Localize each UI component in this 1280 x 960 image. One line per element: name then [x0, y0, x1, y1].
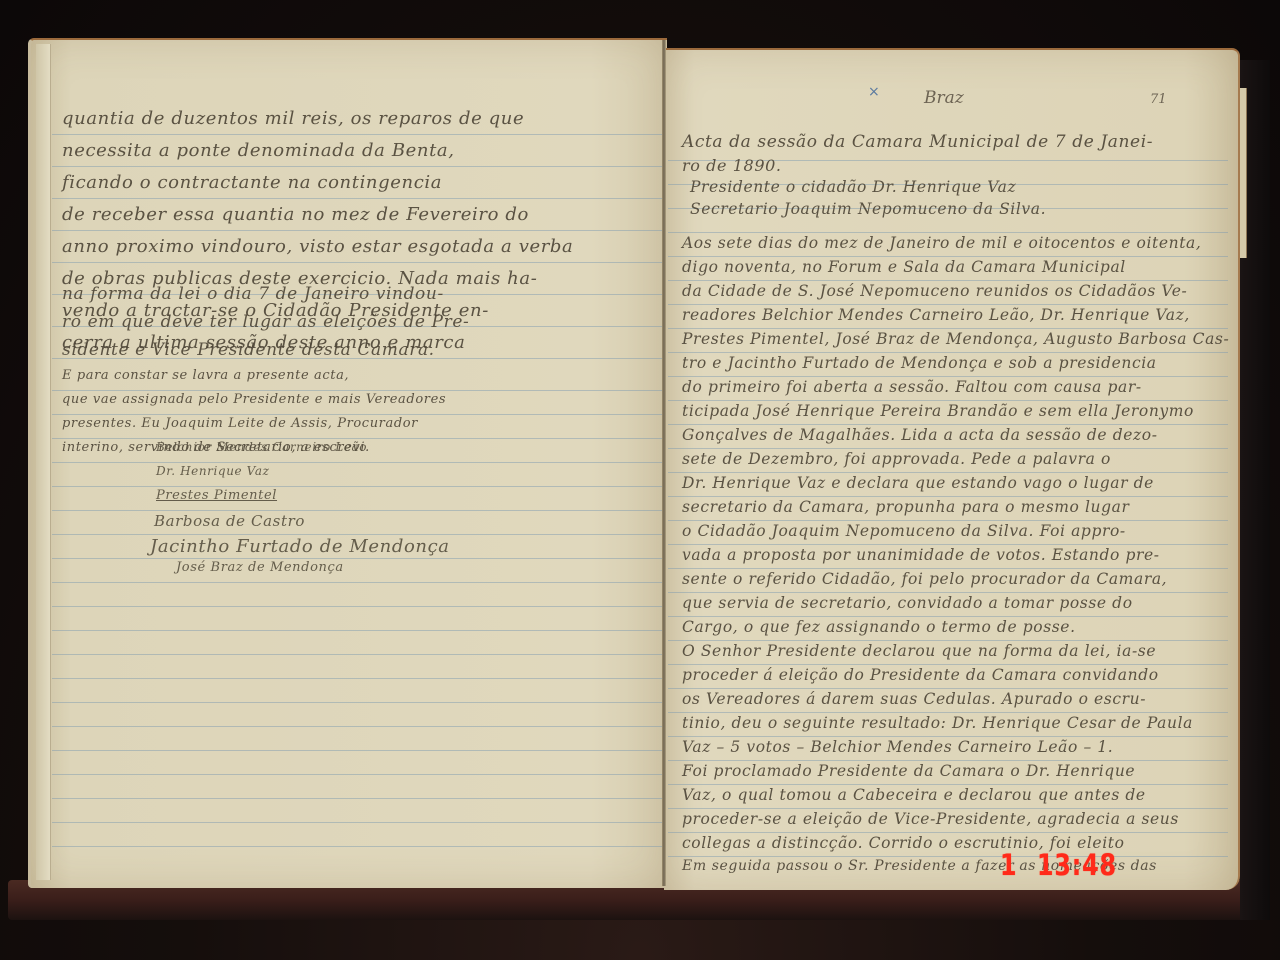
blue-x-mark: × — [868, 84, 880, 100]
minutes-title: ro de 1890. — [682, 156, 782, 175]
handwritten-line: sete de Dezembro, foi approvada. Pede a … — [682, 450, 1111, 468]
handwritten-line: o Cidadão Joaquim Nepomuceno da Silva. F… — [682, 522, 1126, 540]
handwritten-line: sidente e Vice Presidente desta Camara. — [62, 340, 435, 360]
handwritten-line: sente o referido Cidadão, foi pelo procu… — [682, 570, 1167, 588]
handwritten-line: ficando o contractante na contingencia — [62, 172, 442, 193]
handwritten-line: os Vereadores á darem suas Cedulas. Apur… — [682, 690, 1146, 708]
handwritten-line: do primeiro foi aberta a sessão. Faltou … — [682, 378, 1142, 396]
handwritten-line: tro e Jacintho Furtado de Mendonça e sob… — [682, 354, 1157, 372]
handwritten-line: tinio, deu o seguinte resultado: Dr. Hen… — [682, 714, 1193, 732]
stamp-time: 13:48 — [1037, 848, 1117, 882]
handwritten-line: de receber essa quantia no mez de Fevere… — [62, 204, 529, 225]
handwritten-line: Vaz – 5 votos – Belchior Mendes Carneiro… — [682, 738, 1113, 756]
signature: Barbosa de Castro — [154, 512, 305, 530]
handwritten-line: que vae assignada pelo Presidente e mais… — [62, 392, 446, 407]
handwritten-line: digo noventa, no Forum e Sala da Camara … — [682, 258, 1126, 276]
handwritten-line: Gonçalves de Magalhães. Lida a acta da s… — [682, 426, 1158, 444]
handwritten-line: E para constar se lavra a presente acta, — [62, 368, 349, 383]
handwritten-line: Cargo, o que fez assignando o termo de p… — [682, 618, 1076, 636]
minutes-title: Acta da sessão da Camara Municipal de 7 … — [682, 132, 1153, 152]
handwritten-line: readores Belchior Mendes Carneiro Leão, … — [682, 306, 1190, 324]
ledger-photo: quantia de duzentos mil reis, os reparos… — [0, 0, 1280, 960]
signature: Belchior Mendes Carneiro Leão — [156, 440, 367, 454]
handwritten-line: ro em que deve ter lugar as eleições de … — [62, 312, 469, 332]
handwritten-line: da Cidade de S. José Nepomuceno reunidos… — [682, 282, 1187, 300]
signature: Prestes Pimentel — [156, 488, 277, 503]
signature: Jacintho Furtado de Mendonça — [150, 536, 450, 557]
handwritten-line: proceder á eleição do Presidente da Cama… — [682, 666, 1159, 684]
stamp-day: 1 — [1000, 848, 1017, 882]
handwritten-line: secretario da Camara, propunha para o me… — [682, 498, 1130, 516]
camera-date-stamp: 113:48 — [1000, 848, 1117, 882]
page-header-label: Braz — [924, 88, 964, 108]
officer-line: Secretario Joaquim Nepomuceno da Silva. — [690, 200, 1046, 218]
handwritten-line: necessita a ponte denominada da Benta, — [62, 140, 455, 161]
handwritten-line: anno proximo vindouro, visto estar esgot… — [62, 236, 573, 257]
handwritten-line: Foi proclamado Presidente da Camara o Dr… — [682, 762, 1135, 780]
handwritten-line: vada a proposta por unanimidade de votos… — [682, 546, 1160, 564]
handwritten-line: ticipada José Henrique Pereira Brandão e… — [682, 402, 1194, 420]
signature: Dr. Henrique Vaz — [156, 464, 270, 478]
handwritten-line: Vaz, o qual tomou a Cabeceira e declarou… — [682, 786, 1146, 804]
handwritten-line: quantia de duzentos mil reis, os reparos… — [62, 108, 524, 129]
handwritten-line: Aos sete dias do mez de Janeiro de mil e… — [682, 234, 1201, 252]
folio-number: 71 — [1150, 92, 1167, 107]
signature: José Braz de Mendonça — [176, 560, 344, 575]
handwritten-line: na forma da lei o dia 7 de Janeiro vindo… — [62, 284, 444, 304]
handwritten-line: proceder-se a eleição de Vice-Presidente… — [682, 810, 1179, 828]
handwritten-line: presentes. Eu Joaquim Leite de Assis, Pr… — [62, 416, 418, 431]
handwritten-line: Prestes Pimentel, José Braz de Mendonça,… — [682, 330, 1229, 348]
handwritten-line: que servia de secretario, convidado a to… — [682, 594, 1133, 612]
handwritten-line: O Senhor Presidente declarou que na form… — [682, 642, 1156, 660]
left-page-binding-strip — [36, 44, 51, 880]
book-gutter — [662, 40, 666, 886]
officer-line: Presidente o cidadão Dr. Henrique Vaz — [690, 178, 1016, 196]
handwritten-line: Dr. Henrique Vaz e declara que estando v… — [682, 474, 1154, 492]
